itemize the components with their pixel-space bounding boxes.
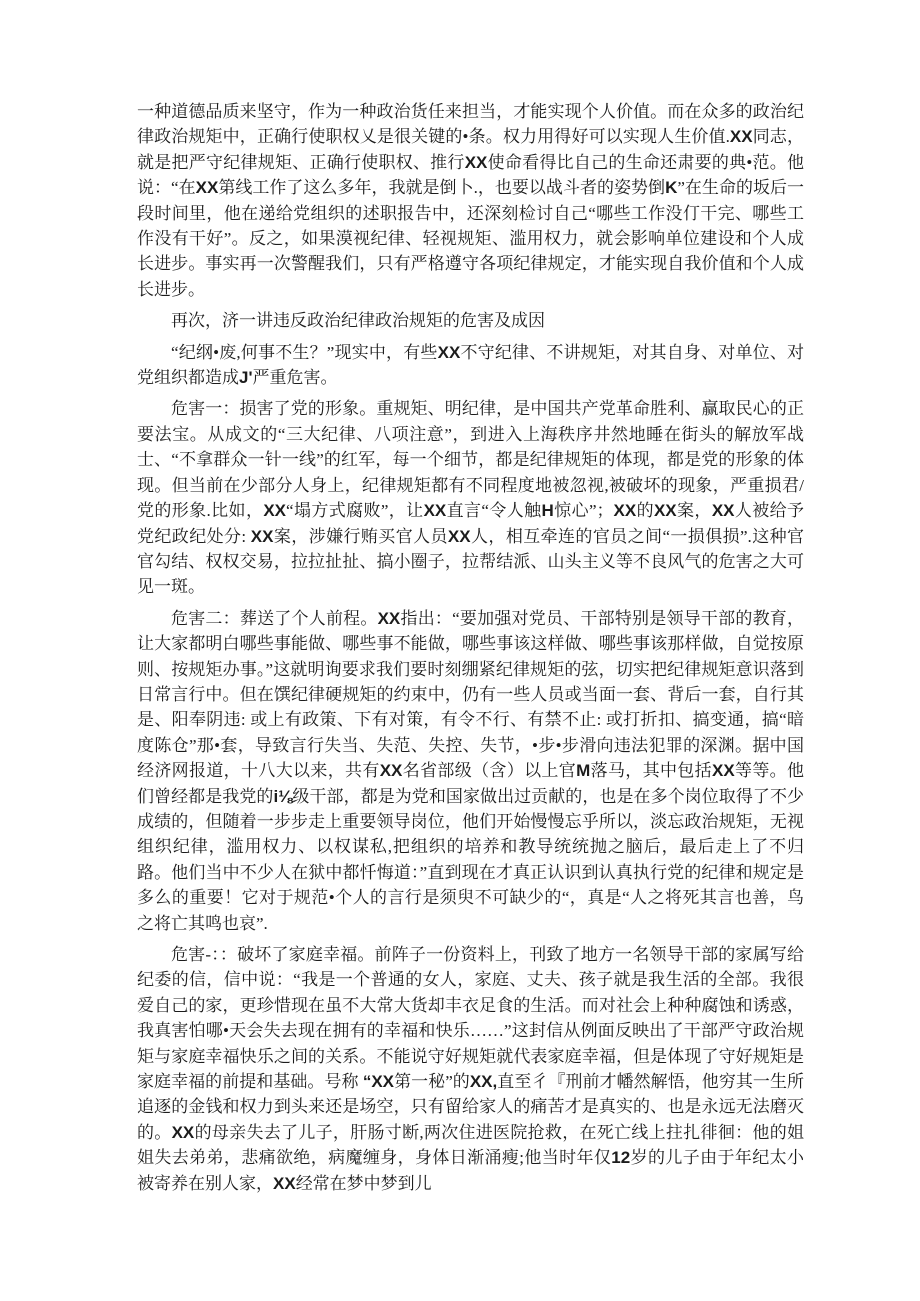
text-run-bold: 12	[611, 1148, 630, 1167]
text-run: “塌方式腐败”，让	[286, 501, 424, 520]
text-run-bold: XX	[465, 153, 488, 172]
text-run-bold: XX	[448, 527, 471, 546]
text-run-bold: XX	[654, 501, 677, 520]
text-run: 惊心”；	[554, 501, 614, 520]
text-run-bold: XX	[251, 527, 274, 546]
text-run: 级干部，都是为党和国家做出过贡献的，也是在多个岗位取得了不少成绩的，但随着一步步…	[137, 787, 804, 933]
paragraph-p-harm-3: 危害-：：破坏了家庭幸福。前阵子一份资料上，刊致了地方一名领导干部的家属写给纪委…	[137, 942, 804, 1196]
text-run-bold: XX	[273, 1174, 296, 1193]
document-page: 一种道德品质来坚守，作为一种政治货任来担当，才能实现个人价值。而在众多的政治纪律…	[0, 0, 920, 1301]
text-run: 再次，济一讲违反政治纪律政治规矩的危害及成因	[171, 311, 545, 330]
text-run-bold: XX	[614, 501, 637, 520]
text-run: 危害-：：破坏了家庭幸福。前阵子一份资料上，刊致了地方一名领导干部的家属写给纪委…	[137, 945, 804, 1091]
text-run: 案，涉嫌行贿买官人员	[273, 527, 447, 546]
document-body: 一种道德品质来坚守，作为一种政治货任来担当，才能实现个人价值。而在众多的政治纪律…	[137, 99, 804, 1196]
text-run-bold: XX	[263, 501, 286, 520]
text-run-bold: XX,	[470, 1072, 497, 1091]
paragraph-p-quote: “纪纲•废,何事不生？”现实中，有些XX不守纪律、不讲规矩，对其自身、对单位、对…	[137, 340, 804, 391]
text-run: 一种道德品质来坚守，作为一种政治货任来担当，才能实现个人价值。而在众多的政治纪律…	[137, 102, 804, 146]
text-run: “纪纲•废,何事不生？”现实中，有些	[171, 343, 438, 362]
text-run-bold: XX	[196, 178, 219, 197]
text-run: 危害二：葬送了个人前程。	[171, 609, 378, 628]
text-run-bold: “XX	[363, 1072, 394, 1091]
paragraph-p-harm-1: 危害一：损害了党的形象。重规矩、明纪律，是中国共产党革命胜利、赢取民心的正要法宝…	[137, 396, 804, 599]
text-run: 经常在梦中梦到儿	[296, 1174, 432, 1193]
text-run-bold: XX	[730, 127, 753, 146]
text-run-bold: XX	[712, 761, 735, 780]
text-run-bold: XX	[380, 761, 403, 780]
text-run: 指出：“要加强对党员、干部特别是领导干部的教育，让大家都明白哪些事能做、哪些事不…	[137, 609, 804, 780]
text-run-bold: XX	[424, 501, 447, 520]
text-run-bold: i⅛	[273, 787, 292, 806]
text-run: 第一秘”的	[394, 1072, 470, 1091]
text-run-bold: J'	[239, 368, 253, 387]
paragraph-heading-harms: 再次，济一讲违反政治纪律政治规矩的危害及成因	[137, 308, 804, 333]
text-run-bold: K	[665, 178, 677, 197]
text-run-bold: XX	[378, 609, 401, 628]
text-run: 第线工作了这么多年，我就是倒卜.，也要以战斗者的姿势倒	[218, 178, 665, 197]
paragraph-p-harm-2: 危害二：葬送了个人前程。XX指出：“要加强对党员、干部特别是领导干部的教育，让大…	[137, 606, 804, 936]
paragraph-p-continuation: 一种道德品质来坚守，作为一种政治货任来担当，才能实现个人价值。而在众多的政治纪律…	[137, 99, 804, 302]
text-run: 直言“令人触	[446, 501, 541, 520]
text-run: 名省部级（含）以上官	[402, 761, 576, 780]
text-run-bold: XX	[172, 1123, 195, 1142]
text-run: 的	[636, 501, 654, 520]
text-run-bold: H	[542, 501, 554, 520]
text-run-bold: XX	[712, 501, 735, 520]
text-run-bold: XX	[438, 343, 461, 362]
text-run: 落马，其中包括	[590, 761, 712, 780]
text-run: 案，	[677, 501, 712, 520]
text-run: 严重危害。	[253, 368, 338, 387]
text-run-bold: M	[576, 761, 590, 780]
